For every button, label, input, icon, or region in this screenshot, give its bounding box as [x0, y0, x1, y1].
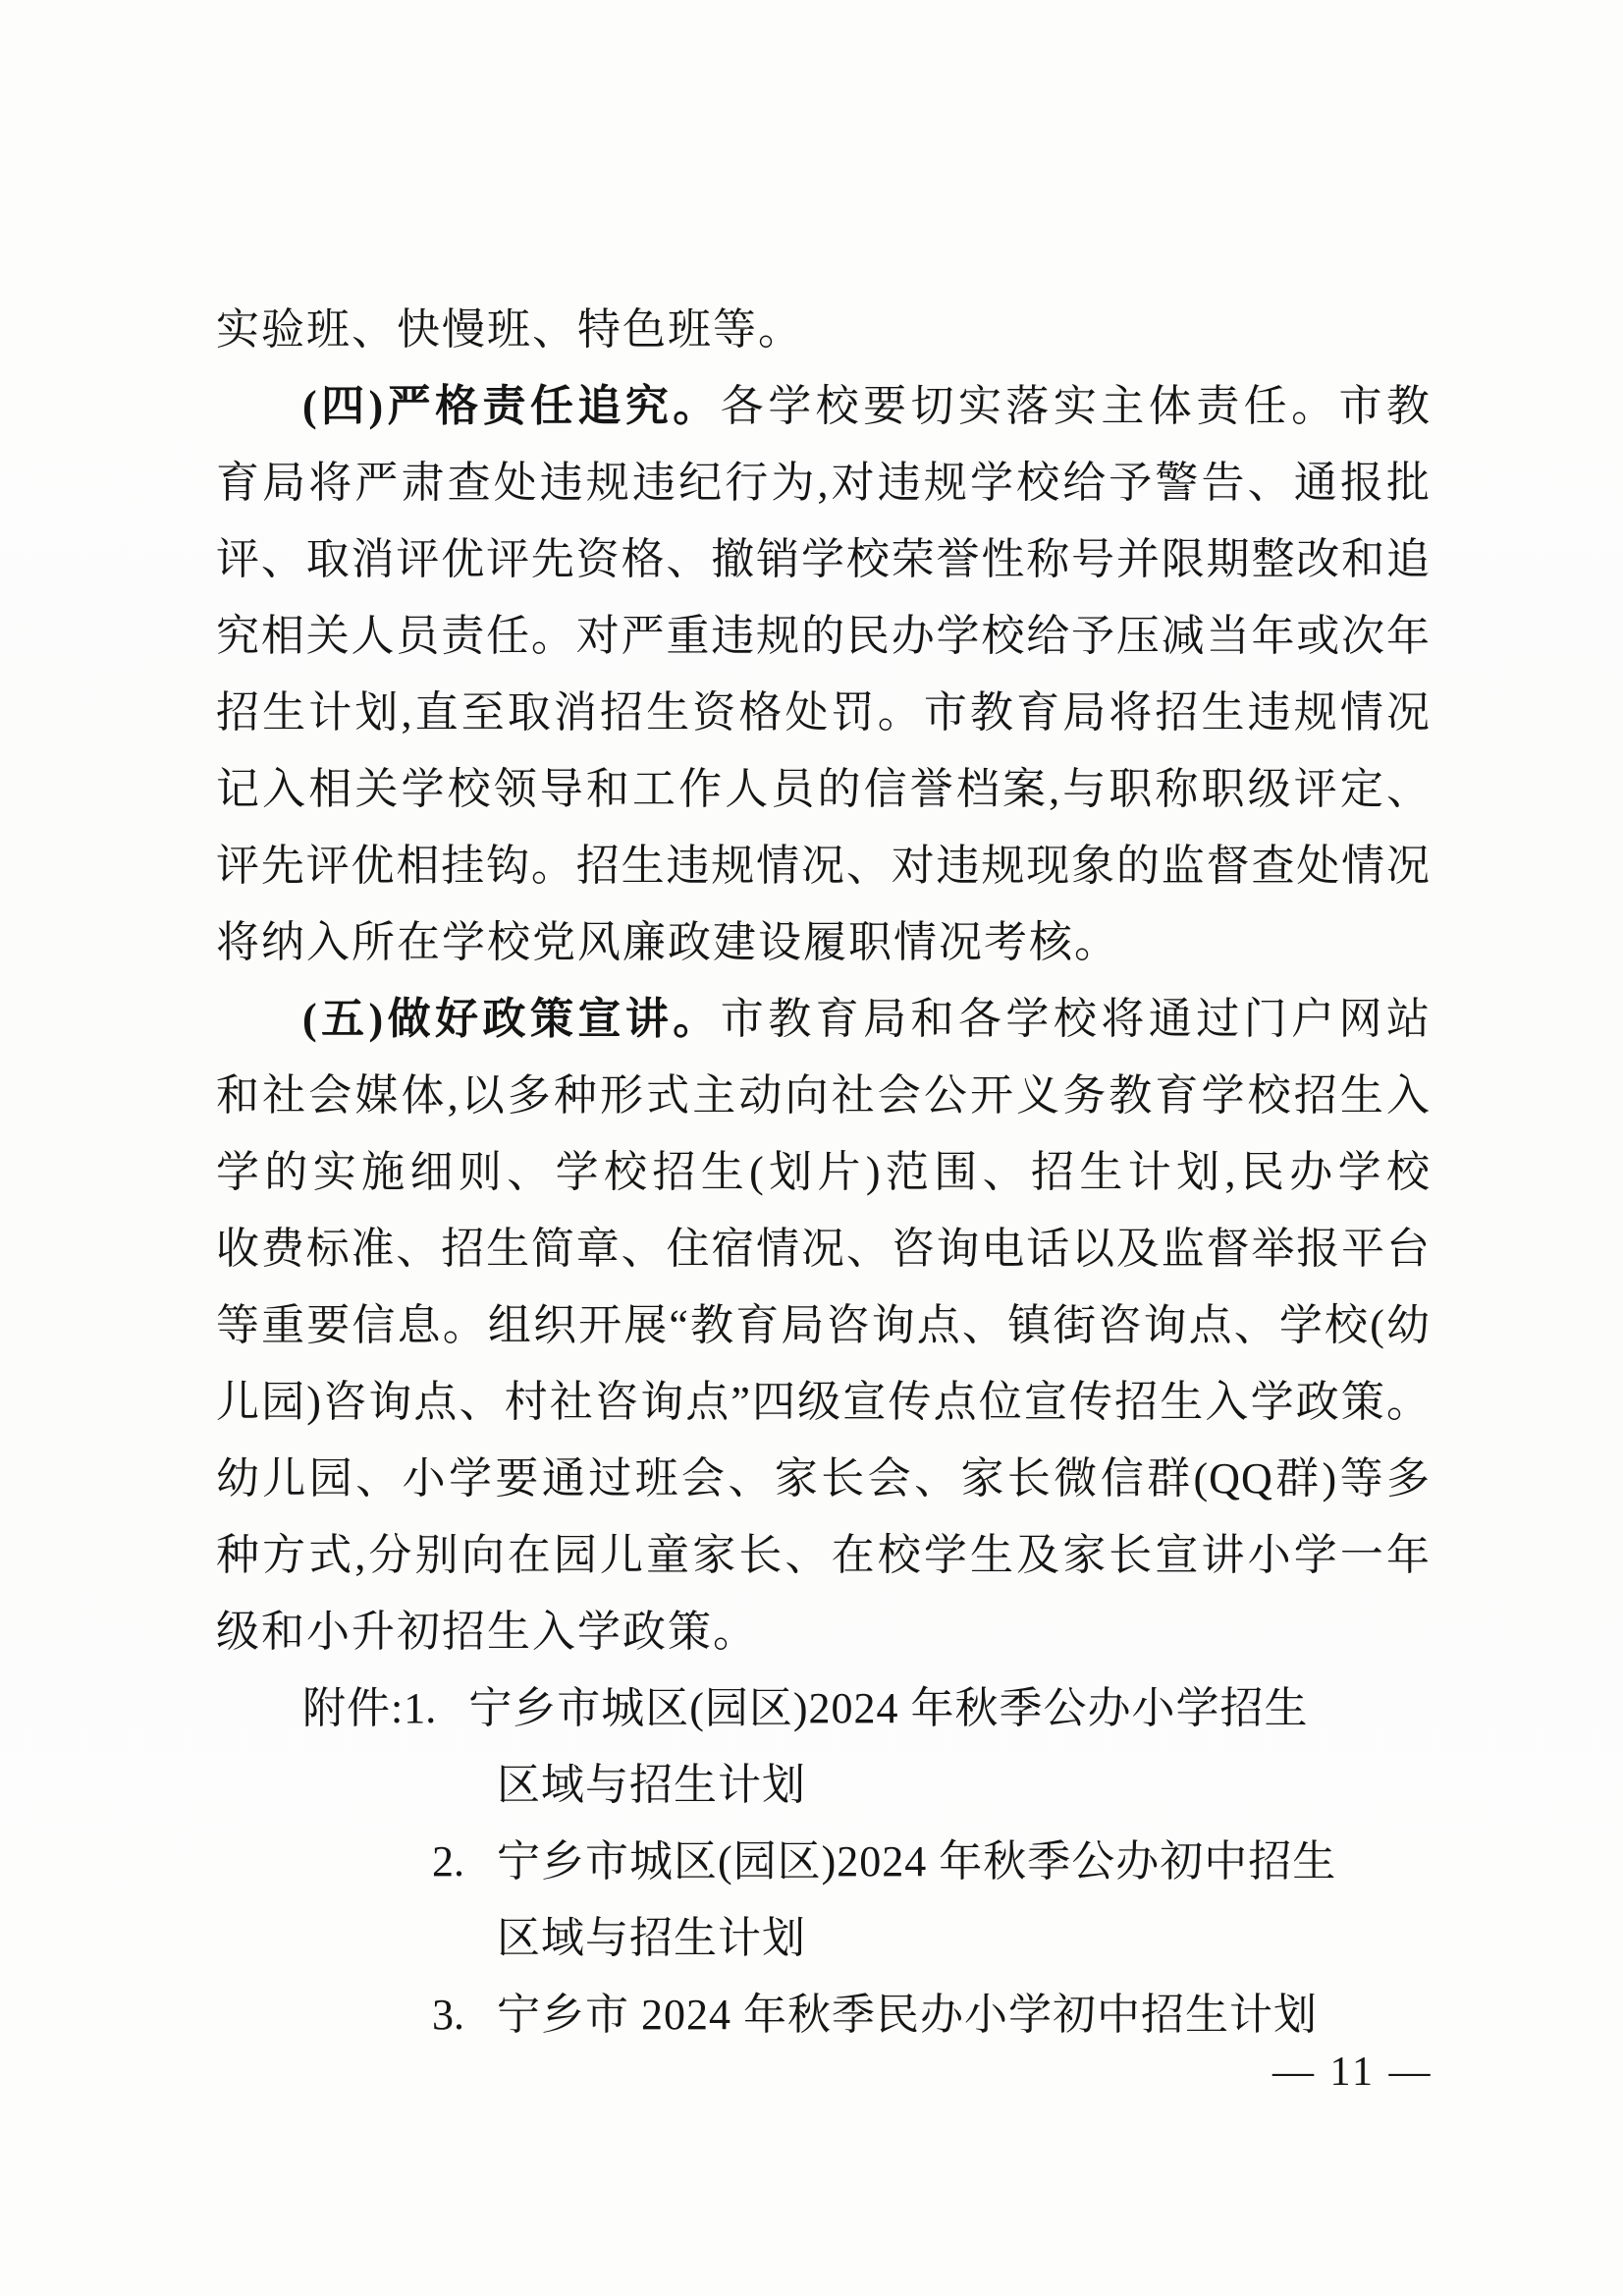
attachment-2-title-wrap: 区域与招生计划: [216, 1900, 1431, 1977]
attachment-3-title: 宁乡市 2024 年秋季民办小学初中招生计划: [497, 1991, 1318, 2039]
section-4-first-line: (四)严格责任追究。各学校要切实落实主体责任。市教: [216, 368, 1431, 445]
page-number: — 11 —: [1272, 2049, 1433, 2096]
body-line: 和社会媒体,以多种形式主动向社会公开义务教育学校招生入: [216, 1058, 1431, 1134]
attachment-line-2: 2.宁乡市城区(园区)2024 年秋季公办初中招生: [216, 1824, 1431, 1900]
section-4-text: 各学校要切实落实主体责任。市教: [721, 382, 1431, 430]
attachment-1-title: 宁乡市城区(园区)2024 年秋季公办小学招生: [468, 1684, 1308, 1732]
attachment-line-1: 附件:1.宁乡市城区(园区)2024 年秋季公办小学招生: [216, 1670, 1431, 1747]
attachment-3-number: 3.: [432, 1977, 497, 2053]
paragraph-end-line: 将纳入所在学校党风廉政建设履职情况考核。: [216, 904, 1431, 981]
section-5-text: 市教育局和各学校将通过门户网站: [721, 995, 1431, 1043]
body-line: 记入相关学校领导和工作人员的信誉档案,与职称职级评定、: [216, 751, 1431, 828]
body-line: 究相关人员责任。对严重违规的民办学校给予压减当年或次年: [216, 598, 1431, 675]
attachment-line-3: 3.宁乡市 2024 年秋季民办小学初中招生计划: [216, 1977, 1431, 2053]
body-line: 种方式,分别向在园儿童家长、在校学生及家长宣讲小学一年: [216, 1517, 1431, 1594]
section-5-heading: (五)做好政策宣讲。: [302, 995, 721, 1043]
attachment-2-title: 宁乡市城区(园区)2024 年秋季公办初中招生: [497, 1837, 1336, 1886]
body-line: 幼儿园、小学要通过班会、家长会、家长微信群(QQ群)等多: [216, 1441, 1431, 1517]
body-line: 儿园)咨询点、村社咨询点”四级宣传点位宣传招生入学政策。: [216, 1364, 1431, 1441]
paragraph-tail-line: 实验班、快慢班、特色班等。: [216, 292, 1431, 368]
body-line: 评先评优相挂钩。招生违规情况、对违规现象的监督查处情况: [216, 828, 1431, 904]
attachments-label: 附件:: [302, 1684, 404, 1732]
section-5-first-line: (五)做好政策宣讲。市教育局和各学校将通过门户网站: [216, 981, 1431, 1058]
body-line: 收费标准、招生简章、住宿情况、咨询电话以及监督举报平台: [216, 1211, 1431, 1287]
paragraph-end-line: 级和小升初招生入学政策。: [216, 1594, 1431, 1670]
body-line: 招生计划,直至取消招生资格处罚。市教育局将招生违规情况: [216, 675, 1431, 751]
body-line: 学的实施细则、学校招生(划片)范围、招生计划,民办学校: [216, 1134, 1431, 1211]
document-page: 实验班、快慢班、特色班等。 (四)严格责任追究。各学校要切实落实主体责任。市教 …: [0, 0, 1623, 2296]
attachment-1-number: 1.: [404, 1670, 468, 1747]
section-4-heading: (四)严格责任追究。: [302, 382, 721, 430]
body-line: 评、取消评优评先资格、撤销学校荣誉性称号并限期整改和追: [216, 521, 1431, 598]
document-text-block: 实验班、快慢班、特色班等。 (四)严格责任追究。各学校要切实落实主体责任。市教 …: [216, 292, 1431, 2053]
body-line: 育局将严肃查处违规违纪行为,对违规学校给予警告、通报批: [216, 445, 1431, 521]
attachment-1-title-wrap: 区域与招生计划: [216, 1747, 1431, 1824]
attachment-2-number: 2.: [432, 1824, 497, 1900]
body-line: 等重要信息。组织开展“教育局咨询点、镇街咨询点、学校(幼: [216, 1287, 1431, 1364]
